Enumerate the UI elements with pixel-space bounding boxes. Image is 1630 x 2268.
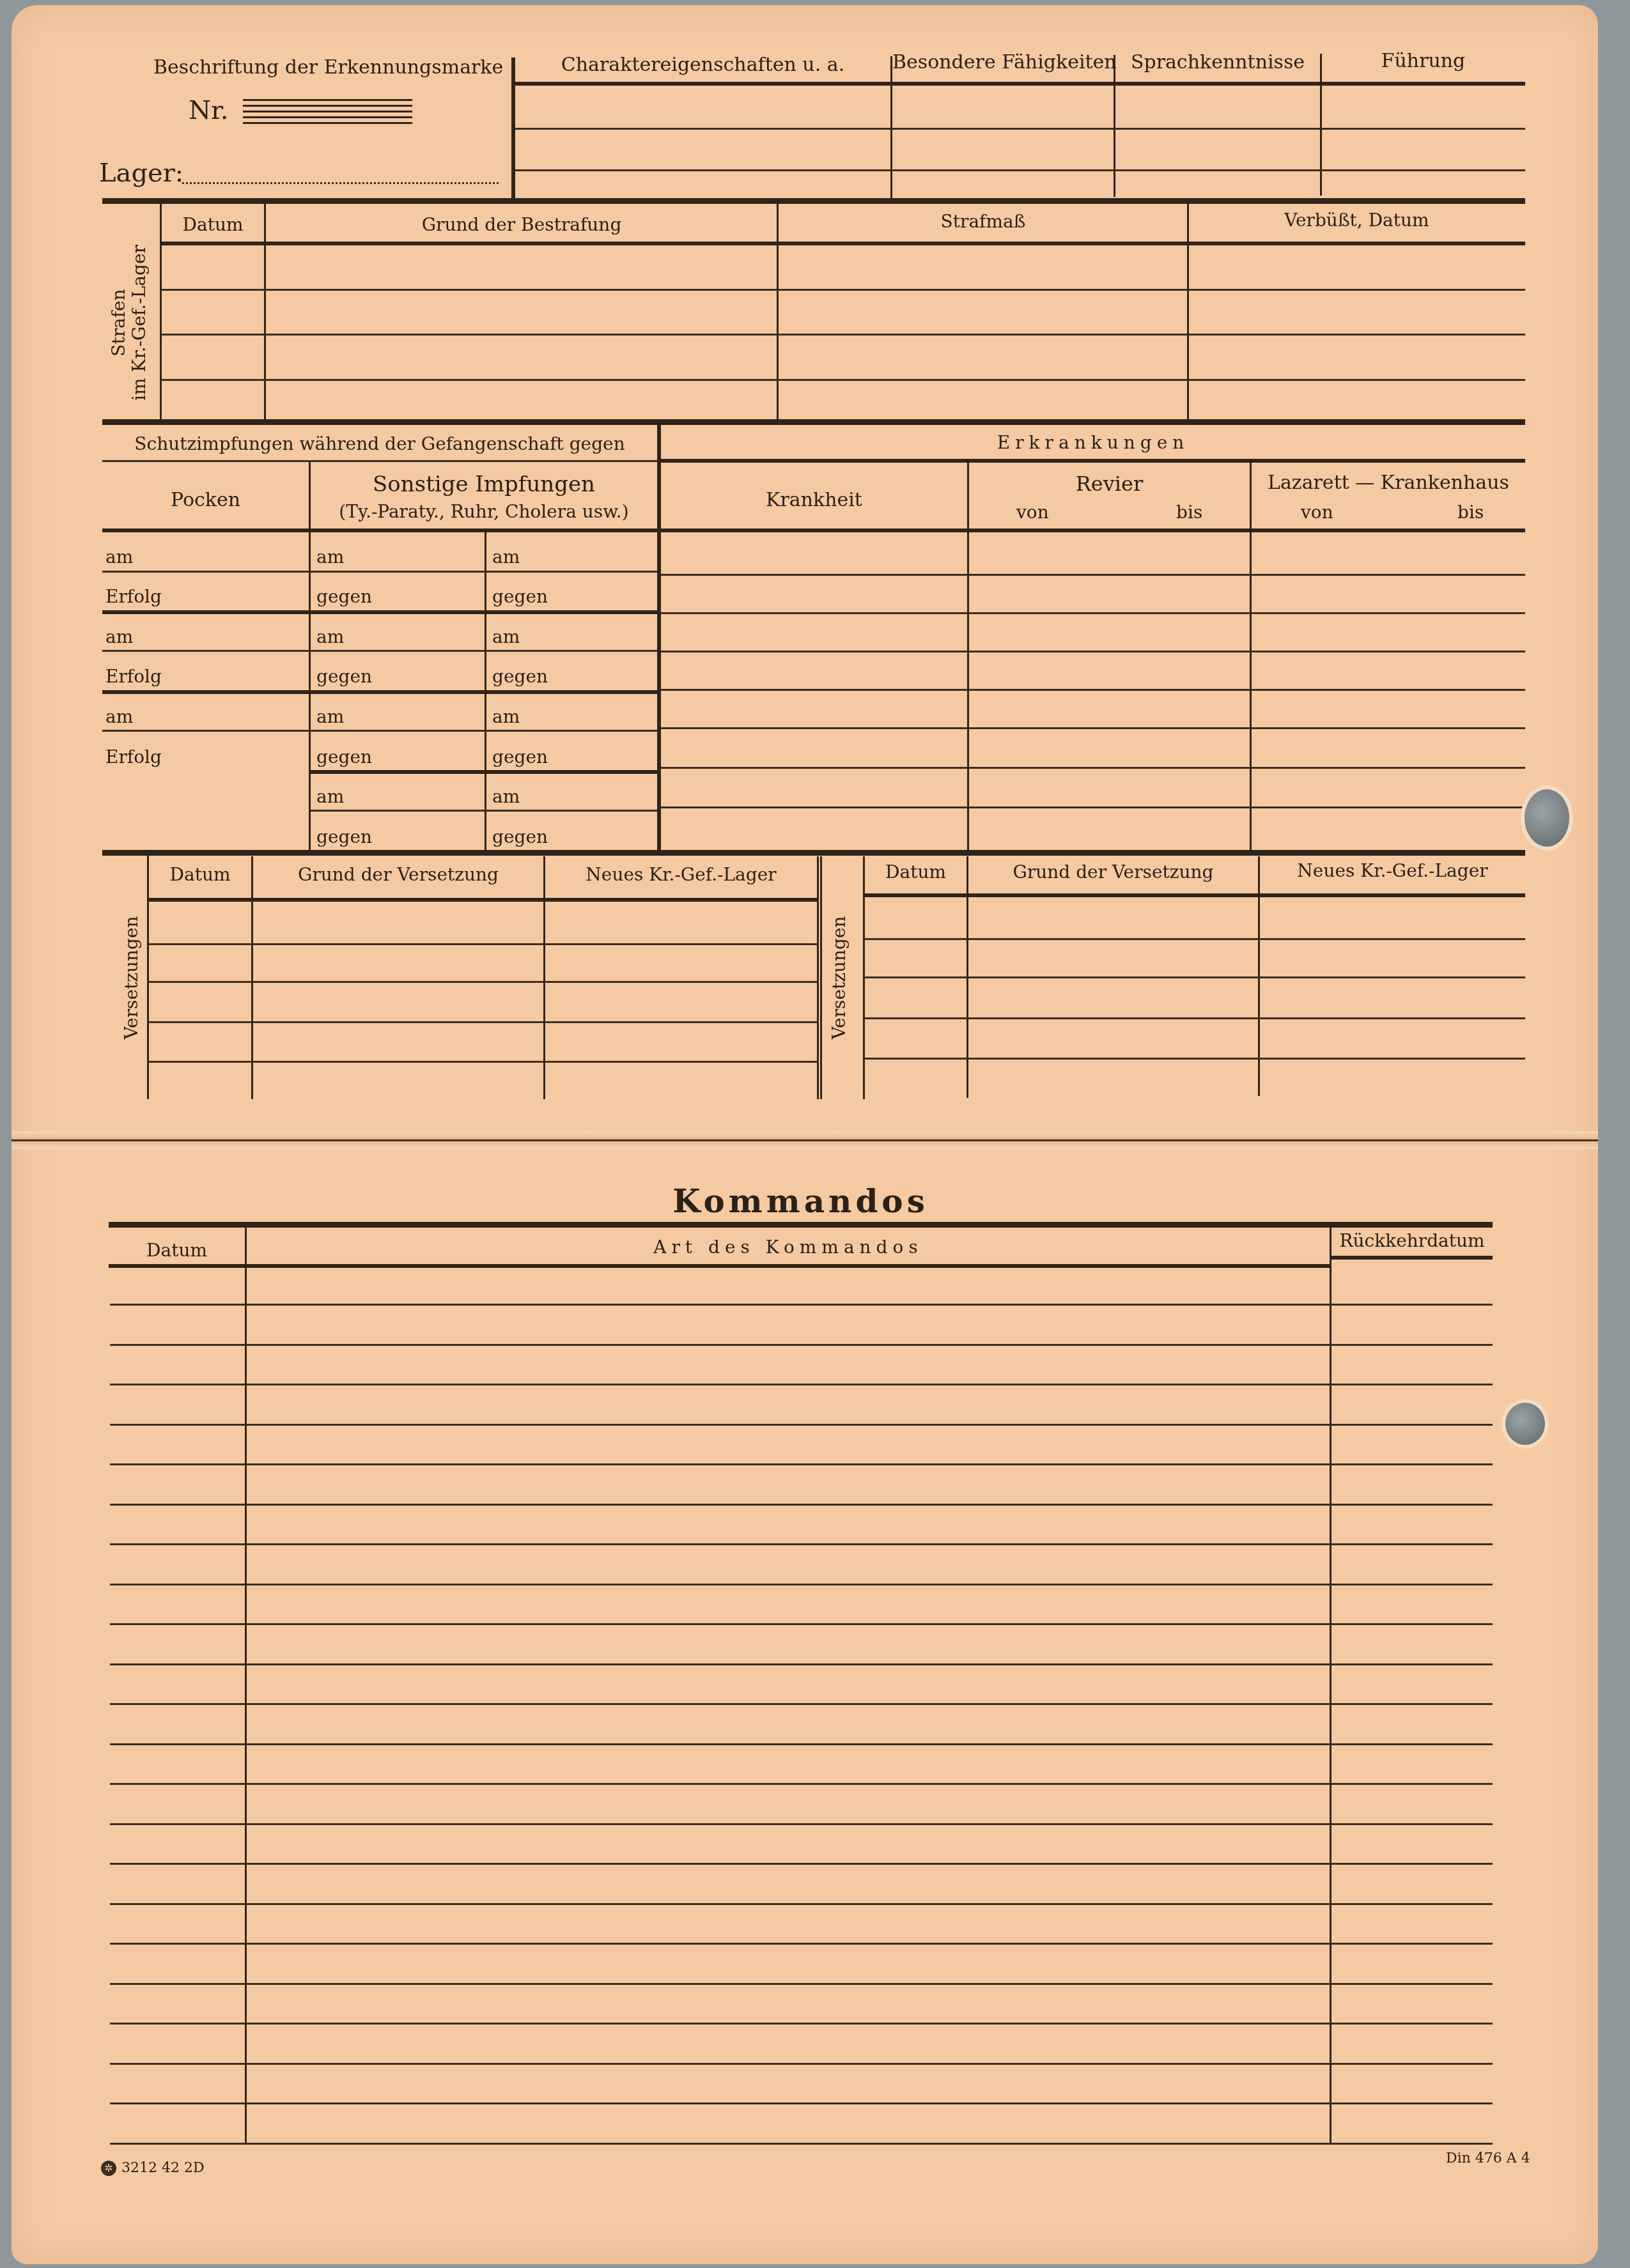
punishments-divider	[264, 203, 266, 422]
punishments-header-rule	[161, 242, 1525, 245]
illness-row-rule	[661, 727, 1525, 729]
vacc-row-rule	[102, 571, 657, 573]
vacc-group-rule	[102, 690, 657, 694]
kommandos-row-rule	[110, 1703, 1493, 1705]
transfers-row-rule	[149, 1021, 817, 1023]
col-sprachkenntnisse: Sprachkenntnisse	[1115, 51, 1320, 73]
kommandos-top-rule	[109, 1222, 1493, 1228]
erkennungsmarke-label: Beschriftung der Erkennungsmarke	[153, 56, 486, 79]
kommandos-row-rule	[110, 1463, 1493, 1465]
transfers-row-rule	[865, 1017, 1525, 1019]
print-code: ✲3212 42 2D	[101, 2160, 205, 2176]
kommandos-row-rule	[110, 1384, 1493, 1385]
traits-row-rule	[515, 128, 1525, 130]
vacc-header-rule	[102, 528, 1525, 532]
transfers-top-rule	[102, 850, 1525, 856]
kommandos-row-rule	[110, 1743, 1493, 1745]
traits-divider	[890, 56, 892, 198]
kommandos-row-rule	[110, 1504, 1493, 1506]
vacc-group-rule	[311, 770, 657, 774]
kommandos-row-rule	[110, 1543, 1493, 1545]
pocken-am-3: am	[105, 706, 133, 727]
col-rueckkehrdatum: Rückkehrdatum	[1331, 1230, 1493, 1251]
col-datum: Datum	[162, 214, 264, 235]
sonstige-am: am	[316, 706, 344, 727]
transfers-row-rule	[865, 976, 1525, 978]
col-datum: Datum	[149, 864, 251, 885]
transfers-row-rule	[149, 981, 817, 983]
traits-divider	[1114, 55, 1115, 197]
col-besondere-faehigkeiten: Besondere Fähigkeiten	[892, 51, 1114, 73]
punch-hole-lower	[1505, 1403, 1545, 1445]
punishments-label-border	[160, 203, 162, 422]
transfers-left-header-rule	[149, 898, 817, 902]
kommandos-row-rule	[110, 1983, 1493, 1985]
sonstige-gegen: gegen	[492, 826, 548, 847]
kommandos-row-rule	[110, 1903, 1493, 1905]
punishments-divider	[1187, 203, 1189, 422]
transfers-divider	[543, 856, 545, 1099]
kommandos-header-rule-right	[1331, 1256, 1493, 1260]
schutzimpfungen-title: Schutzimpfungen während der Gefangenscha…	[102, 433, 657, 454]
vacc-title-rule	[102, 460, 657, 462]
erkrankungen-title: Erkrankungen	[661, 432, 1525, 453]
illness-row-rule	[661, 651, 1525, 652]
pocken-erfolg-2: Erfolg	[105, 666, 162, 687]
sonstige-am: am	[316, 546, 344, 567]
pocken-am-2: am	[105, 626, 133, 647]
transfers-row-rule	[149, 1061, 817, 1063]
sonstige-am: am	[492, 546, 520, 567]
sonstige-am: am	[316, 626, 344, 647]
col-art-des-kommandos: Art des Kommandos	[247, 1237, 1330, 1258]
strafen-label-line1: Strafen	[108, 289, 129, 356]
col-grund-versetzung: Grund der Versetzung	[253, 864, 543, 885]
col-grund-bestrafung: Grund der Bestrafung	[266, 214, 777, 235]
lager-input[interactable]	[182, 160, 501, 185]
kommandos-row-rule	[110, 1424, 1493, 1426]
kommandos-row-rule	[110, 2023, 1493, 2025]
sonstige-am: am	[492, 786, 520, 807]
illness-divider	[1250, 461, 1252, 851]
col-sonstige-sub: (Ty.-Paraty., Ruhr, Cholera usw.)	[311, 501, 657, 522]
col-datum: Datum	[865, 861, 966, 883]
kommandos-row-rule	[110, 1663, 1493, 1665]
punishments-row-rule	[161, 379, 1525, 381]
kommandos-divider	[1330, 1224, 1331, 2144]
sonstige-gegen: gegen	[492, 586, 548, 607]
sonstige-am: am	[492, 706, 520, 727]
vaccinations-top-rule	[102, 419, 1525, 425]
nr-input[interactable]	[243, 96, 415, 129]
illness-row-rule	[661, 806, 1525, 808]
fold-line	[12, 1131, 1598, 1149]
sonstige-gegen: gegen	[492, 666, 548, 687]
kommandos-divider	[245, 1227, 247, 2144]
col-krankheit: Krankheit	[661, 489, 967, 511]
charakter-input[interactable]	[518, 89, 890, 128]
kommandos-row-rule	[110, 2143, 1493, 2145]
illness-divider	[967, 461, 969, 851]
illness-row-rule	[661, 689, 1525, 691]
col-datum: Datum	[109, 1240, 245, 1261]
sonstige-gegen: gegen	[492, 746, 548, 768]
illness-row-rule	[661, 767, 1525, 769]
vacc-illness-divider	[657, 423, 661, 853]
transfers-divider	[251, 856, 253, 1099]
sonstige-am: am	[492, 626, 520, 647]
illness-row-rule	[661, 574, 1525, 576]
versetzungen-side-label-right: Versetzungen	[829, 882, 855, 1074]
col-sonstige-impfungen: Sonstige Impfungen	[311, 472, 657, 497]
sonstige-gegen: gegen	[316, 586, 372, 607]
vacc-row-rule	[311, 810, 657, 812]
pocken-erfolg-1: Erfolg	[105, 586, 162, 607]
sonstige-gegen: gegen	[316, 826, 372, 847]
nr-label: Nr.	[189, 96, 228, 125]
sonstige-am: am	[316, 786, 344, 807]
fuehrung-input[interactable]	[1324, 89, 1525, 128]
sonstige-gegen: gegen	[316, 746, 372, 768]
traits-divider	[1320, 54, 1322, 196]
transfers-divider	[817, 856, 819, 1099]
col-fuehrung: Führung	[1322, 50, 1525, 72]
transfers-right-outer-border	[820, 856, 822, 1099]
kommandos-row-rule	[110, 1783, 1493, 1785]
lazarett-bis: bis	[1457, 502, 1484, 523]
col-charaktereigenschaften: Charaktereigenschaften u. a.	[515, 54, 890, 76]
vacc-row-rule	[102, 730, 657, 732]
pocken-am-1: am	[105, 546, 133, 567]
vacc-row-rule	[102, 650, 657, 652]
kommandos-row-rule	[110, 1344, 1493, 1346]
faehigkeiten-input[interactable]	[895, 89, 1114, 128]
revier-bis: bis	[1176, 502, 1202, 523]
illness-row-rule	[661, 612, 1525, 614]
transfers-row-rule	[865, 938, 1525, 940]
col-verbuesst-datum: Verbüßt, Datum	[1189, 210, 1525, 231]
col-grund-versetzung: Grund der Versetzung	[968, 861, 1258, 883]
kommandos-row-rule	[110, 1304, 1493, 1306]
traits-row-rule	[515, 169, 1525, 171]
kommandos-row-rule	[110, 1823, 1493, 1825]
transfers-right-header-rule	[865, 893, 1525, 897]
strafen-side-label: Strafen im Kr.-Gef.-Lager	[109, 217, 153, 428]
kommandos-row-rule	[110, 1623, 1493, 1625]
kommandos-row-rule	[110, 2063, 1493, 2065]
sprachen-input[interactable]	[1119, 89, 1319, 128]
kommandos-title: Kommandos	[109, 1182, 1493, 1220]
print-code-text: 3212 42 2D	[121, 2160, 205, 2176]
lager-label: Lager:	[99, 158, 183, 188]
col-neues-lager: Neues Kr.-Gef.-Lager	[1260, 860, 1525, 881]
pocken-erfolg-3: Erfolg	[105, 746, 162, 768]
punishments-top-rule	[102, 198, 1525, 204]
col-lazarett-krankenhaus: Lazarett — Krankenhaus	[1252, 472, 1525, 494]
transfers-row-rule	[865, 1058, 1525, 1060]
kommandos-row-rule	[110, 1943, 1493, 1945]
col-revier: Revier	[969, 472, 1250, 496]
kommandos-header-rule	[109, 1264, 1330, 1268]
punishments-divider	[777, 203, 779, 422]
revier-von: von	[1016, 502, 1049, 523]
lazarett-von: von	[1301, 502, 1333, 523]
din-format: Din 476 A 4	[1446, 2150, 1530, 2166]
illness-title-rule	[661, 459, 1525, 463]
col-pocken: Pocken	[102, 489, 309, 511]
vacc-group-rule	[102, 610, 657, 614]
kommandos-row-rule	[110, 1584, 1493, 1585]
col-neues-lager: Neues Kr.-Gef.-Lager	[545, 864, 817, 885]
traits-header-rule	[515, 82, 1525, 86]
versetzungen-side-label-left: Versetzungen	[121, 882, 147, 1074]
punishments-row-rule	[161, 334, 1525, 336]
punch-hole-upper	[1525, 789, 1569, 847]
kommandos-row-rule	[110, 2102, 1493, 2104]
punishments-row-rule	[161, 289, 1525, 291]
transfers-row-rule	[149, 943, 817, 945]
sonstige-gegen: gegen	[316, 666, 372, 687]
col-strafmass: Strafmaß	[779, 211, 1188, 232]
strafen-label-line2: im Kr.-Gef.-Lager	[128, 245, 150, 401]
printer-seal-icon: ✲	[101, 2161, 116, 2176]
kommandos-row-rule	[110, 1863, 1493, 1865]
